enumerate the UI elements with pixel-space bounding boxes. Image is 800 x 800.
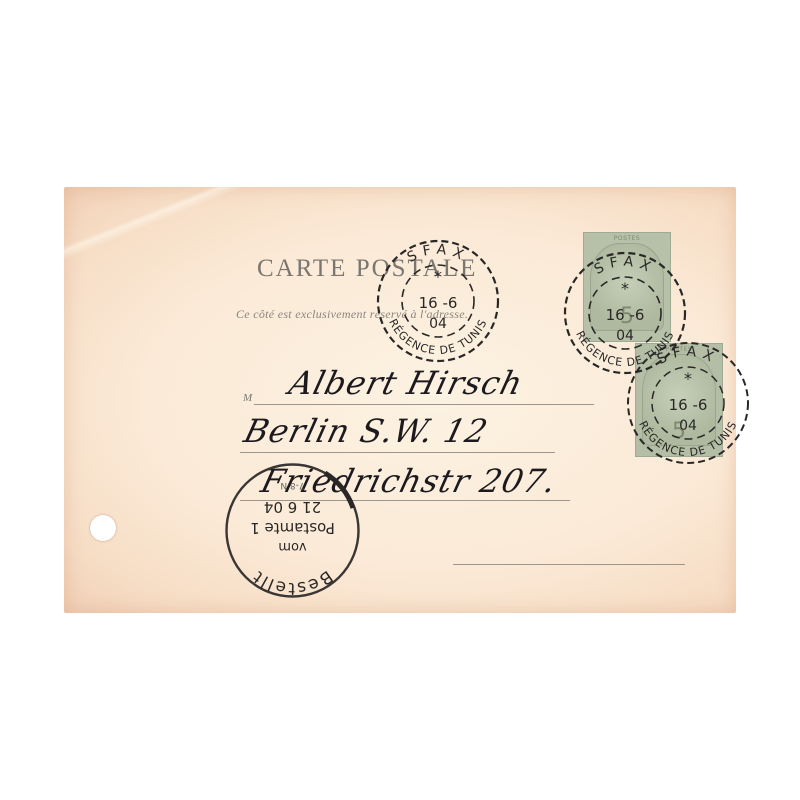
svg-text:*: *: [621, 279, 629, 298]
svg-text:*: *: [434, 267, 442, 286]
address-line-2: [240, 452, 555, 453]
address-line-4: [453, 564, 685, 565]
recipient-city: Berlin S.W. 12: [240, 412, 492, 450]
svg-text:16 -6: 16 -6: [669, 396, 708, 414]
punch-hole: [90, 515, 116, 541]
svg-text:Postamte 1: Postamte 1: [250, 519, 335, 537]
svg-text:16 -6: 16 -6: [419, 294, 458, 312]
address-line-1: [254, 404, 594, 405]
svg-text:16 -6: 16 -6: [606, 306, 645, 324]
stamp-country: POSTES: [588, 235, 666, 242]
svg-text:vom: vom: [278, 539, 306, 554]
svg-text:7-8 N: 7-8 N: [280, 480, 304, 490]
sfax-postmark-3: SFAX RÉGENCE DE TUNIS * 16 -6 04: [623, 338, 753, 468]
address-prefix: M: [243, 392, 252, 404]
svg-text:Bestellt: Bestellt: [248, 566, 336, 598]
svg-text:04: 04: [679, 418, 697, 434]
recipient-name: Albert Hirsch: [285, 364, 527, 402]
svg-text:*: *: [684, 369, 692, 388]
svg-text:21 6 04: 21 6 04: [264, 498, 321, 516]
sfax-postmark-1: SFAX RÉGENCE DE TUNIS * 16 -6 04: [373, 236, 503, 366]
svg-text:04: 04: [429, 316, 447, 332]
berlin-arrival-postmark: Bestellt vom Postamte 1 21 6 04 7-8 N: [220, 458, 365, 603]
